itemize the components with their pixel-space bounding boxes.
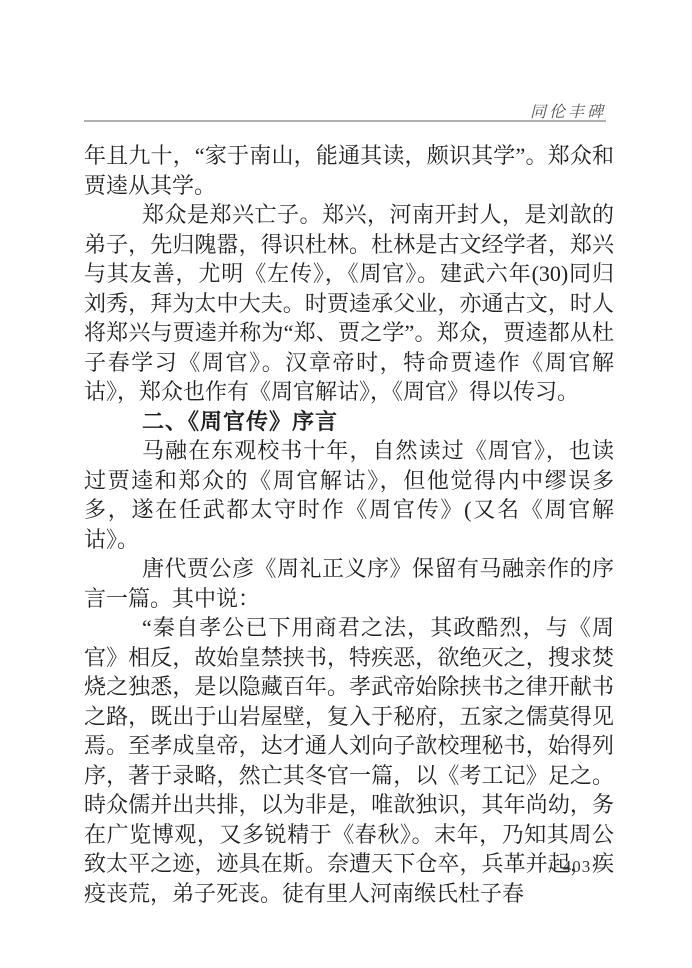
paragraph: 马融在东观校书十年，自然读过《周官》，也读过贾逵和郑众的《周官解诂》，但他觉得内… — [84, 436, 614, 554]
book-page: 同伦丰碑 年且九十，“家于南山，能通其读，颇识其学”。郑众和贾逵从其学。 郑众是… — [0, 0, 692, 968]
page-number: – 403 – — [84, 857, 606, 877]
header-rule-divider — [84, 120, 606, 122]
paragraph: 唐代贾公彦《周礼正义序》保留有马融亲作的序言一篇。其中说： — [84, 554, 614, 613]
page-body: 年且九十，“家于南山，能通其读，颇识其学”。郑众和贾逵从其学。 郑众是郑兴亡子。… — [84, 141, 614, 908]
paragraph: 郑众是郑兴亡子。郑兴，河南开封人，是刘歆的弟子，先归隗嚣，得识杜林。杜林是古文经… — [84, 200, 614, 407]
running-header-title: 同伦丰碑 — [84, 99, 606, 122]
section-heading: 二、《周官传》序言 — [84, 407, 614, 437]
paragraph-continuation: 年且九十，“家于南山，能通其读，颇识其学”。郑众和贾逵从其学。 — [84, 141, 614, 200]
